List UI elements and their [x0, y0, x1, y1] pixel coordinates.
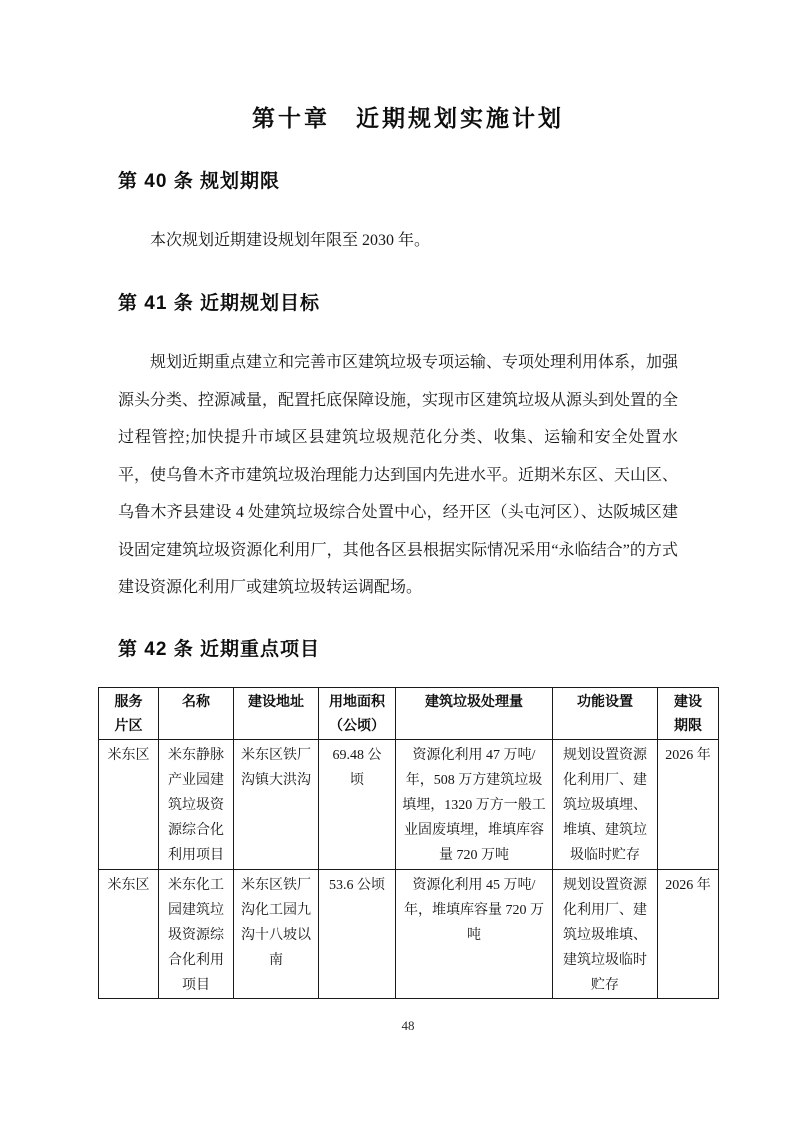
table-header-row: 服务 片区 名称 建设地址 用地面积 （公顷） 建筑垃圾处理量 功能设置 建设 … [99, 688, 719, 740]
col-header-service-area: 服务 片区 [99, 688, 159, 740]
cell-functions: 规划设置资源 化利用厂、建 筑垃圾堆填、 建筑垃圾临时 贮存 [553, 870, 658, 999]
cell-address: 米东区铁厂 沟镇大洪沟 [234, 740, 319, 870]
cell-land-area: 69.48 公 顷 [319, 740, 396, 870]
cell-processing-capacity: 资源化利用 47 万吨/ 年，508 万方建筑垃圾 填埋，1320 万方一般工 … [396, 740, 553, 870]
key-projects-table: 服务 片区 名称 建设地址 用地面积 （公顷） 建筑垃圾处理量 功能设置 建设 … [98, 687, 719, 999]
page-number: 48 [98, 1018, 718, 1034]
chapter-title: 第十章 近期规划实施计划 [98, 103, 718, 133]
cell-land-area: 53.6 公顷 [319, 870, 396, 999]
cell-functions: 规划设置资源 化利用厂、建 筑垃圾填埋、 堆填、建筑垃 圾临时贮存 [553, 740, 658, 870]
col-header-address: 建设地址 [234, 688, 319, 740]
cell-project-name: 米东化工 园建筑垃 圾资源综 合化利用 项目 [159, 870, 234, 999]
section-41-paragraph: 规划近期重点建立和完善市区建筑垃圾专项运输、专项处理利用体系，加强源头分类、控源… [118, 344, 678, 607]
cell-address: 米东区铁厂 沟化工园九 沟十八坡以 南 [234, 870, 319, 999]
section-40-heading: 第 40 条 规划期限 [118, 169, 280, 195]
section-42-heading: 第 42 条 近期重点项目 [118, 637, 320, 663]
col-header-construction-period: 建设 期限 [658, 688, 719, 740]
table-row: 米东区 米东化工 园建筑垃 圾资源综 合化利用 项目 米东区铁厂 沟化工园九 沟… [99, 870, 719, 999]
cell-project-name: 米东静脉 产业园建 筑垃圾资 源综合化 利用项目 [159, 740, 234, 870]
col-header-functions: 功能设置 [553, 688, 658, 740]
cell-construction-period: 2026 年 [658, 870, 719, 999]
cell-processing-capacity: 资源化利用 45 万吨/ 年，堆填库容量 720 万 吨 [396, 870, 553, 999]
col-header-land-area: 用地面积 （公顷） [319, 688, 396, 740]
col-header-processing-capacity: 建筑垃圾处理量 [396, 688, 553, 740]
cell-service-area: 米东区 [99, 870, 159, 999]
section-40-paragraph: 本次规划近期建设规划年限至 2030 年。 [118, 222, 678, 260]
section-41-heading: 第 41 条 近期规划目标 [118, 291, 320, 317]
cell-construction-period: 2026 年 [658, 740, 719, 870]
cell-service-area: 米东区 [99, 740, 159, 870]
table-row: 米东区 米东静脉 产业园建 筑垃圾资 源综合化 利用项目 米东区铁厂 沟镇大洪沟… [99, 740, 719, 870]
document-page: 第十章 近期规划实施计划 第 40 条 规划期限 本次规划近期建设规划年限至 2… [0, 0, 793, 1122]
col-header-name: 名称 [159, 688, 234, 740]
